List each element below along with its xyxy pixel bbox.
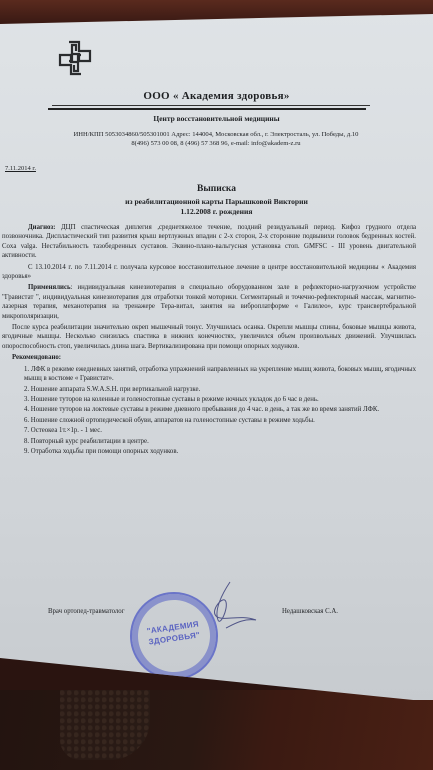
document-paper: ООО « Академия здоровья» Центр восстанов… <box>0 10 433 700</box>
diagnosis-label: Диагноз: <box>28 224 55 231</box>
recommendation-item: 4. Ношение туторов на локтевые суставы в… <box>24 405 416 414</box>
diagnosis-text: ДЦП спастическая диплегия ,среднетяжелое… <box>2 224 416 259</box>
contact-phone-email-line: 8(496) 573 00 08, 8 (496) 57 368 96, e-m… <box>16 139 416 148</box>
document-subtitle: из реабилитационной карты Парышковой Вик… <box>0 197 433 217</box>
header-divider <box>52 105 370 106</box>
recommendation-item: 6. Ношение сложной ортопедической обуви,… <box>24 416 416 425</box>
recommendation-item: 7. Остеокеа 1т.×1р. - 1 мес. <box>24 426 416 435</box>
recommendation-item: 3. Ношение туторов на коленные и голенос… <box>24 395 416 404</box>
document-title: Выписка <box>0 184 433 194</box>
document-date: 7.11.2014 г. <box>5 165 36 172</box>
signer-name: Недашковская С.А. <box>282 608 338 615</box>
document-body: Диагноз: ДЦП спастическая диплегия ,сред… <box>2 223 416 457</box>
contact-address-line: ИНН/КПП 5053034860/505301001 Адрес: 1440… <box>16 130 416 139</box>
fabric-background <box>60 690 150 760</box>
recommendation-item: 1. ЛФК в режиме ежедневных занятий, отра… <box>24 365 416 384</box>
recommendations-list: 1. ЛФК в режиме ежедневных занятий, отра… <box>2 365 416 457</box>
organization-name: ООО « Академия здоровья» <box>0 90 433 102</box>
patient-name-line: из реабилитационной карты Парышковой Вик… <box>0 197 433 207</box>
recommendations-label: Рекомендовано: <box>12 353 416 362</box>
recommendation-item: 9. Отработка ходьбы при помощи опорных х… <box>24 447 416 456</box>
diagnosis-paragraph: Диагноз: ДЦП спастическая диплегия ,сред… <box>2 223 416 261</box>
signer-role: Врач ортопед-травматолог <box>48 608 125 615</box>
applied-paragraph: Применялись: индивидуальная кинезиотерап… <box>2 283 416 321</box>
interlocking-cross-logo-icon <box>58 40 92 76</box>
center-name: Центр восстановительной медицины <box>0 114 433 123</box>
contact-block: ИНН/КПП 5053034860/505301001 Адрес: 1440… <box>16 130 416 148</box>
applied-label: Применялись <box>28 284 71 291</box>
treatment-period-paragraph: С 13.10.2014 г. по 7.11.2014 г. получала… <box>2 263 416 282</box>
outcome-paragraph: После курса реабилитации значительно окр… <box>2 323 416 351</box>
recommendation-item: 8. Повторный курс реабилитации в центре. <box>24 437 416 446</box>
recommendation-item: 2. Ношение аппарата S.W.A.S.H. при верти… <box>24 385 416 394</box>
patient-birthdate-line: 1.12.2008 г. рождения <box>0 207 433 217</box>
signature-icon <box>200 580 260 630</box>
header-divider-thick <box>48 108 366 110</box>
